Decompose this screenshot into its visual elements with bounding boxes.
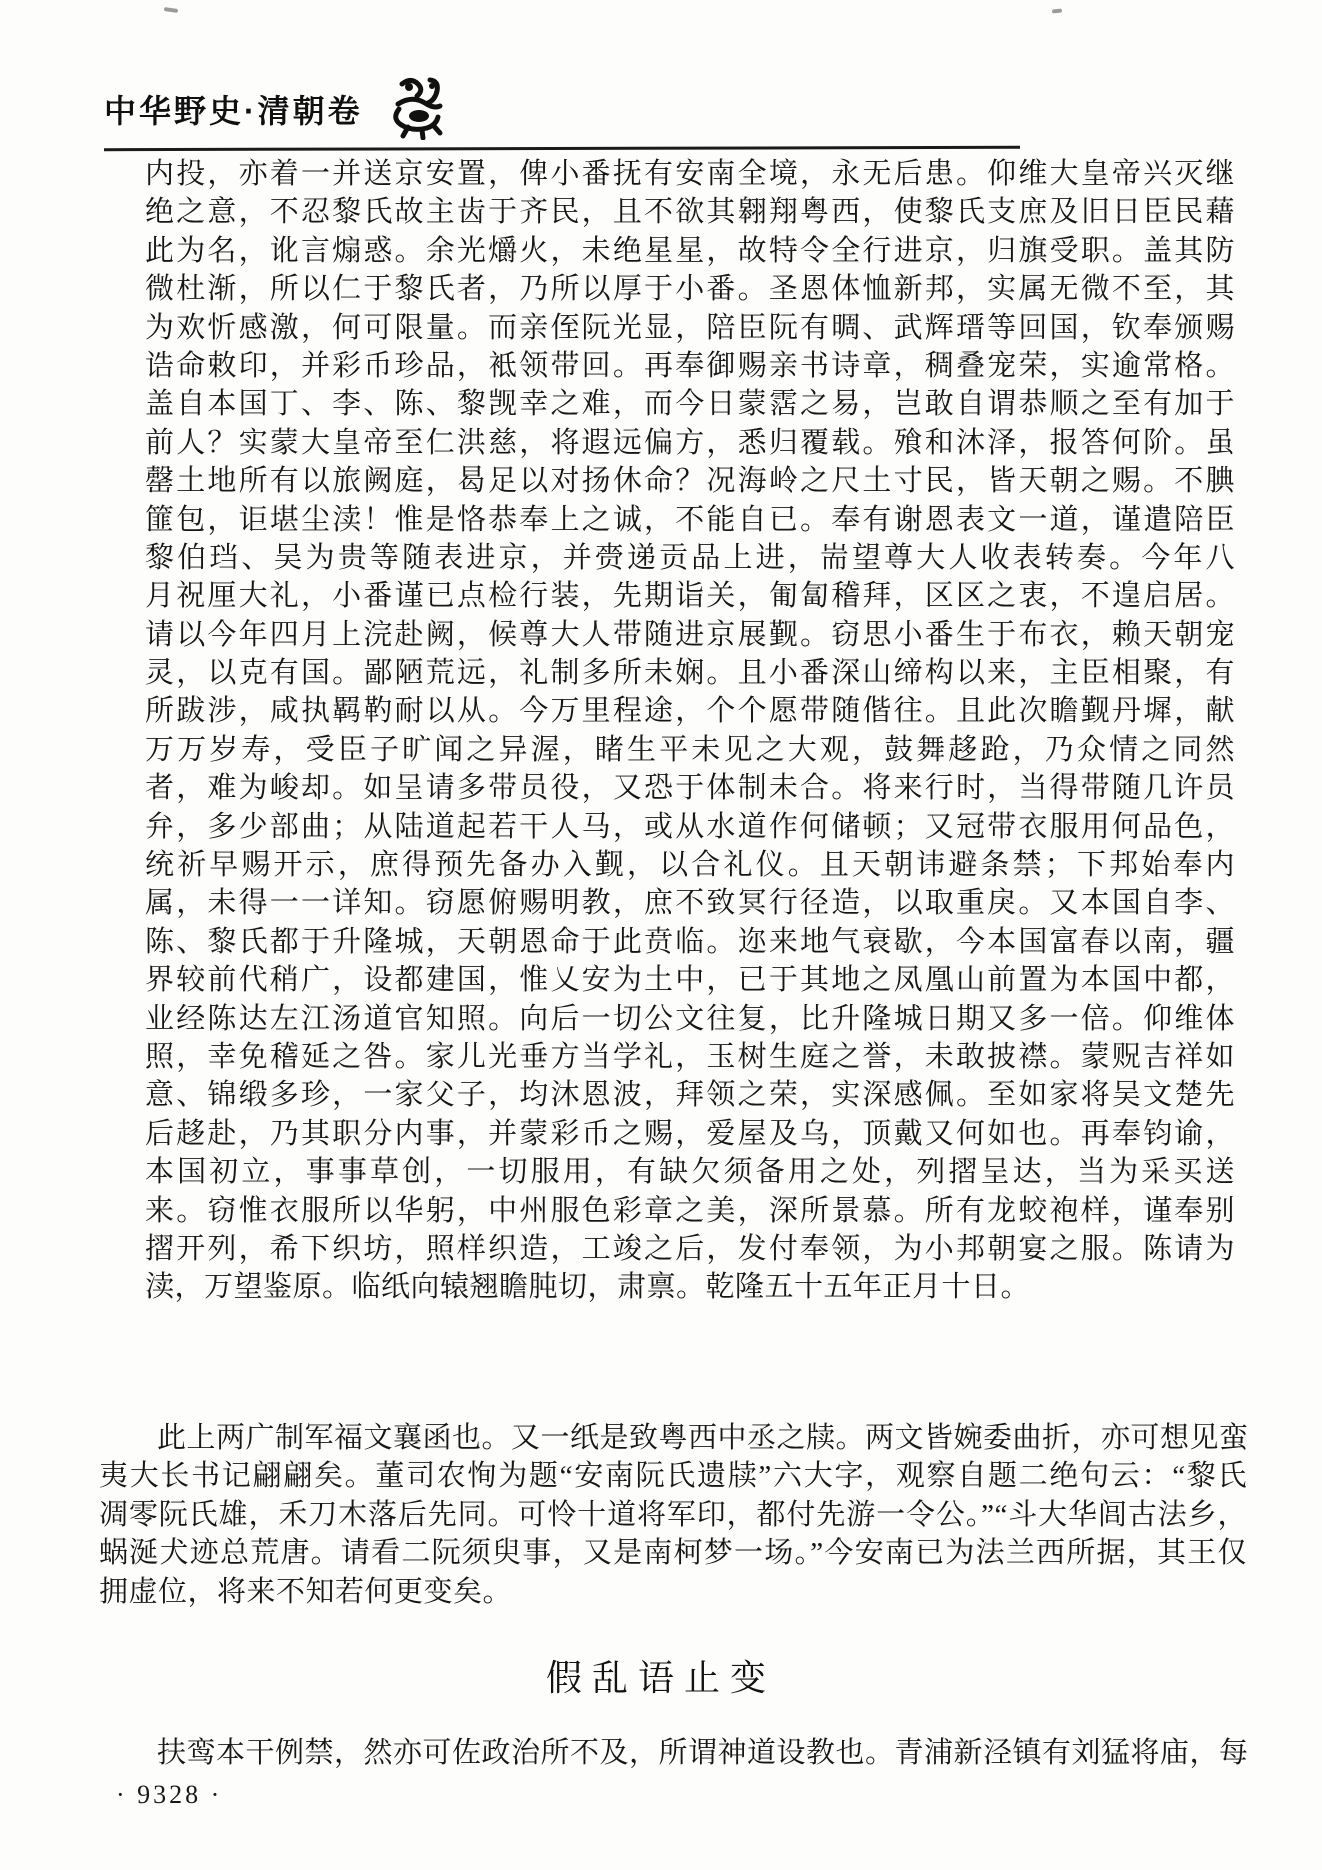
paragraph-line: 扶鸾本干例禁，然亦可佐政治所不及，所谓神道设教也。青浦新泾镇有刘猛将庙，每 — [99, 1734, 1247, 1772]
letter-line: 篚包，讵堪尘渎！惟是恪恭奉上之诚，不能自已。奉有谢恩表文一道，谨遣陪臣 — [145, 501, 1235, 539]
scan-speck — [1052, 8, 1062, 13]
letter-line: 来。窃惟衣服所以华躬，中州服色彩章之美，深所景慕。所有龙蛟袍样，谨奉别 — [145, 1192, 1235, 1230]
letter-line: 月祝厘大礼，小番谨已点检行装，先期诣关，匍匐稽拜，区区之衷，不遑启居。 — [145, 577, 1235, 615]
dragon-seal-icon — [386, 74, 450, 140]
book-title: 中华野史·清朝卷 — [104, 86, 363, 132]
commentary-line: 凋零阮氏雄，禾刀木落后先同。可怜十道将军印，都付先游一令公。”“斗大华闾古法乡， — [99, 1496, 1247, 1534]
letter-line: 本国初立，事事草创，一切服用，有缺欠须备用之处，列摺呈达，当为采买送 — [145, 1153, 1235, 1191]
letter-line: 灵，以克有国。鄙陋荒远，礼制多所未娴。且小番深山缔构以来，主臣相聚，有 — [145, 654, 1235, 692]
letter-line: 陈、黎氏都于升隆城，天朝恩命于此贲临。迩来地气衰歇，今本国富春以南，疆 — [145, 923, 1235, 961]
letter-line: 弁，多少部曲；从陆道起若干人马，或从水道作何储顿；又冠带衣服用何品色， — [145, 808, 1235, 846]
page-number: · 9328 · — [116, 1780, 222, 1810]
quoted-letter-block: 内投，亦着一并送京安置，俾小番抚有安南全境，永无后患。仰维大皇帝兴灭继 绝之意，… — [145, 155, 1235, 1307]
letter-line: 业经陈达左江汤道官知照。向后一切公文往复，比升隆城日期又多一倍。仰维体 — [145, 1000, 1235, 1038]
letter-line: 万万岁寿，受臣子旷闻之异渥，睹生平未见之大观，鼓舞趍跄，乃众情之同然 — [145, 731, 1235, 769]
letter-line: 意、锦缎多珍，一家父子，均沐恩波，拜领之荣，实深感佩。至如家将吴文楚先 — [145, 1076, 1235, 1114]
scan-speck — [164, 7, 178, 13]
scanned-book-page: 中华野史·清朝卷 内投，亦着一并送京安置，俾小番抚有安南全境，永无后患。仰维大皇… — [0, 0, 1322, 1870]
letter-line: 者，难为峻却。如呈请多带员役，又恐于体制未合。将来行时，当得带随几许员 — [145, 769, 1235, 807]
commentary-block: 此上两广制军福文襄函也。又一纸是致粤西中丞之牍。两文皆婉委曲折，亦可想见蛮 夷大… — [99, 1419, 1247, 1611]
header-rule — [104, 146, 1020, 151]
letter-line: 摺开列，希下织坊，照样织造，工竣之后，发付奉领，为小邦朝宴之服。陈请为 — [145, 1230, 1235, 1268]
letter-line: 微杜渐，所以仁于黎氏者，乃所以厚于小番。圣恩体恤新邦，实属无微不至，其 — [145, 270, 1235, 308]
letter-line: 绝之意，不忍黎氏故主齿于齐民，且不欲其翱翔粤西，使黎氏支庶及旧日臣民藉 — [145, 193, 1235, 231]
letter-line: 内投，亦着一并送京安置，俾小番抚有安南全境，永无后患。仰维大皇帝兴灭继 — [145, 155, 1235, 193]
letter-line: 黎伯珰、吴为贵等随表进京，并赍递贡品上进，耑望尊大人收表转奏。今年八 — [145, 539, 1235, 577]
section-heading: 假乱语止变 — [0, 1650, 1322, 1701]
commentary-line: 此上两广制军福文襄函也。又一纸是致粤西中丞之牍。两文皆婉委曲折，亦可想见蛮 — [99, 1419, 1247, 1457]
letter-line: 罄土地所有以旅阙庭，曷足以对扬休命？况海岭之尺土寸民，皆天朝之赐。不腆 — [145, 462, 1235, 500]
commentary-line: 拥虚位，将来不知若何更变矣。 — [99, 1573, 1247, 1611]
commentary-line: 蜗涎犬迹总荒唐。请看二阮须臾事，又是南柯梦一场。”今安南已为法兰西所据，其王仅 — [99, 1534, 1247, 1572]
letter-line: 为欢忻感激，何可限量。而亲侄阮光显，陪臣阮有晭、武辉瑨等回国，钦奉颁赐 — [145, 309, 1235, 347]
letter-line: 渎，万望鉴原。临纸向辕翘瞻肫切，肃禀。乾隆五十五年正月十日。 — [145, 1268, 1235, 1306]
commentary-line: 夷大长书记翩翩矣。董司农恂为题“安南阮氏遗牍”六大字，观察自题二绝句云：“黎氏 — [99, 1457, 1247, 1495]
letter-line: 照，幸免稽延之咎。家儿光垂方当学礼，玉树生庭之誉，未敢披襟。蒙贶吉祥如 — [145, 1038, 1235, 1076]
letter-line: 诰命敕印，并彩币珍品，袛领带回。再奉御赐亲书诗章，稠叠宠荣，实逾常格。 — [145, 347, 1235, 385]
letter-line: 统祈早赐开示，庶得预先备办入觐，以合礼仪。且天朝讳避条禁；下邦始奉内 — [145, 846, 1235, 884]
letter-line: 前人？实蒙大皇帝至仁洪慈，将遐远偏方，悉归覆载。飱和沐泽，报答何阶。虽 — [145, 424, 1235, 462]
next-section-paragraph: 扶鸾本干例禁，然亦可佐政治所不及，所谓神道设教也。青浦新泾镇有刘猛将庙，每 — [99, 1734, 1247, 1772]
letter-line: 所跋涉，咸执羁靮耐以从。今万里程途，个个愿带随偕往。且此次瞻觐丹墀，献 — [145, 692, 1235, 730]
letter-line: 盖自本国丁、李、陈、黎觊幸之难，而今日蒙霑之易，岂敢自谓恭顺之至有加于 — [145, 385, 1235, 423]
letter-line: 属，未得一一详知。窃愿俯赐明教，庶不致冥行径造，以取重戾。又本国自李、 — [145, 884, 1235, 922]
letter-line: 请以今年四月上浣赴阙，候尊大人带随进京展觐。窃思小番生于布衣，赖天朝宠 — [145, 616, 1235, 654]
letter-line: 界较前代稍广，设都建国，惟乂安为土中，已于其地之凤凰山前置为本国中都， — [145, 961, 1235, 999]
letter-line: 后趍赴，乃其职分内事，并蒙彩币之赐，爱屋及乌，顶戴又何如也。再奉钧谕， — [145, 1115, 1235, 1153]
letter-line: 此为名，讹言煽惑。余光爝火，未绝星星，故特令全行进京，归旗受职。盖其防 — [145, 232, 1235, 270]
